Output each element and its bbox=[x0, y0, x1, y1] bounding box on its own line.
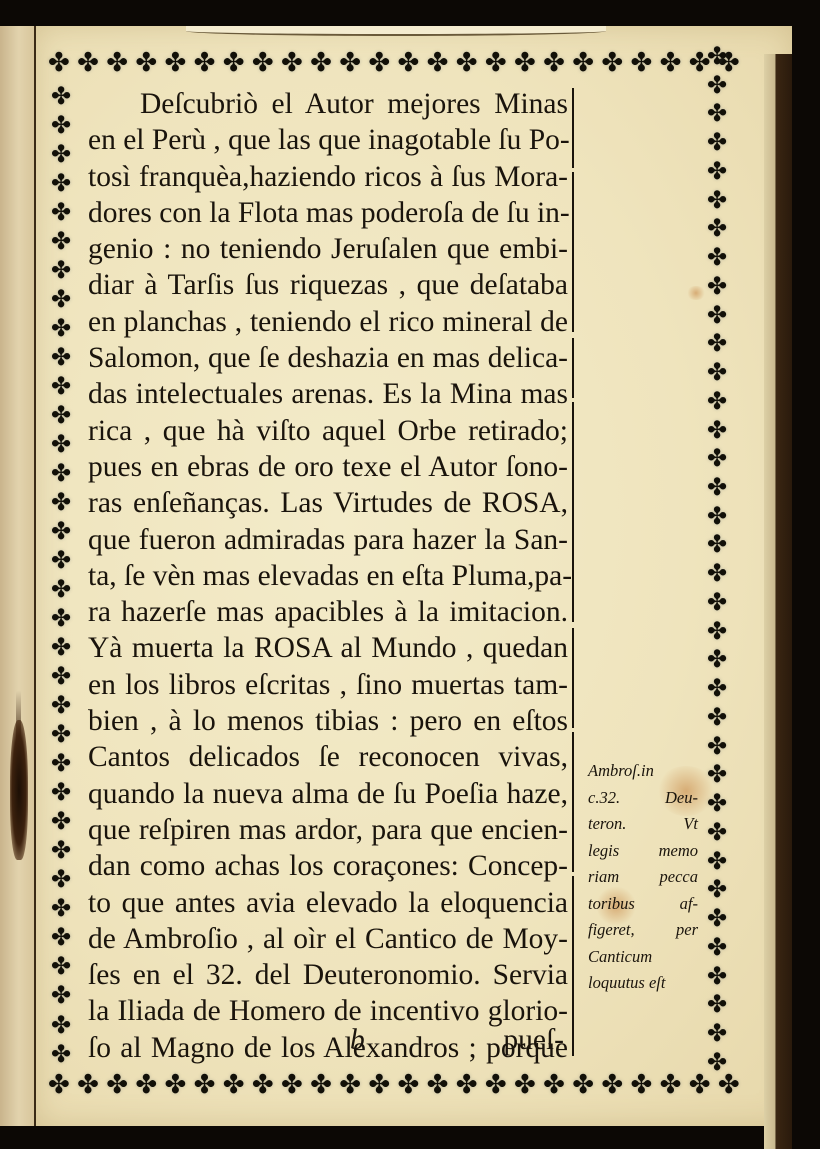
column-rule bbox=[572, 172, 574, 332]
ornament-icon: ✤ bbox=[51, 113, 71, 137]
ornament-icon: ✤ bbox=[106, 48, 126, 78]
ornament-icon: ✤ bbox=[51, 693, 71, 717]
ornament-icon: ✤ bbox=[48, 48, 68, 78]
column-rule bbox=[572, 88, 574, 168]
ornament-icon: ✤ bbox=[51, 809, 71, 833]
ornament-icon: ✤ bbox=[707, 532, 727, 556]
ornament-icon: ✤ bbox=[707, 331, 727, 355]
ornament-icon: ✤ bbox=[165, 1070, 185, 1100]
ornament-icon: ✤ bbox=[707, 647, 727, 671]
ornament-icon: ✤ bbox=[572, 1070, 592, 1100]
ornament-icon: ✤ bbox=[339, 48, 359, 78]
scanned-page-image: ✤✤✤✤✤✤✤✤✤✤✤✤✤✤✤✤✤✤✤✤✤✤✤✤ ✤✤✤✤✤✤✤✤✤✤✤✤✤✤✤… bbox=[0, 0, 820, 1149]
margin-note-line: riam pecca bbox=[588, 864, 698, 891]
ornament-icon: ✤ bbox=[223, 1070, 243, 1100]
margin-note-line: loquutus eſt bbox=[588, 970, 698, 997]
text-line: ta, ſe vèn mas elevadas en eſta Pluma,pa… bbox=[88, 558, 568, 594]
margin-note-line: toribus af- bbox=[588, 891, 698, 918]
ornament-icon: ✤ bbox=[51, 374, 71, 398]
ornament-icon: ✤ bbox=[707, 216, 727, 240]
ornament-icon: ✤ bbox=[707, 849, 727, 873]
ornament-icon: ✤ bbox=[223, 48, 243, 78]
page-right-edge bbox=[764, 54, 792, 1149]
text-line: quando la nueva alma de ſu Poeſia haze, bbox=[88, 776, 568, 812]
ornament-icon: ✤ bbox=[310, 48, 330, 78]
text-line: rica , que hà viſto aquel Orbe retirado; bbox=[88, 413, 568, 449]
ornament-icon: ✤ bbox=[51, 519, 71, 543]
ornament-icon: ✤ bbox=[456, 48, 476, 78]
ornament-icon: ✤ bbox=[707, 73, 727, 97]
text-line: diar à Tarſis ſus riquezas , que deſatab… bbox=[88, 267, 568, 303]
ornamental-border-left: ✤✤✤✤✤✤✤✤✤✤✤✤✤✤✤✤✤✤✤✤✤✤✤✤✤✤✤✤✤✤✤✤✤✤ bbox=[46, 84, 76, 1066]
ornament-icon: ✤ bbox=[707, 274, 727, 298]
ornament-icon: ✤ bbox=[310, 1070, 330, 1100]
ornament-icon: ✤ bbox=[427, 48, 447, 78]
ornament-icon: ✤ bbox=[427, 1070, 447, 1100]
ornament-icon: ✤ bbox=[707, 446, 727, 470]
ornament-icon: ✤ bbox=[543, 1070, 563, 1100]
ornament-icon: ✤ bbox=[707, 303, 727, 327]
margin-note-line: figeret, per bbox=[588, 917, 698, 944]
text-line: en el Perù , que las que inagotable ſu P… bbox=[88, 122, 568, 158]
ornament-icon: ✤ bbox=[485, 1070, 505, 1100]
ornament-icon: ✤ bbox=[707, 734, 727, 758]
text-line: tosì franquèa,haziendo ricos à ſus Mora- bbox=[88, 159, 568, 195]
ornament-icon: ✤ bbox=[707, 820, 727, 844]
ornament-icon: ✤ bbox=[707, 964, 727, 988]
column-rule bbox=[572, 338, 574, 398]
ornament-icon: ✤ bbox=[601, 48, 621, 78]
ornament-icon: ✤ bbox=[368, 1070, 388, 1100]
column-rule bbox=[572, 628, 574, 728]
ink-stain-blot bbox=[10, 720, 28, 860]
ornament-icon: ✤ bbox=[51, 345, 71, 369]
ornament-icon: ✤ bbox=[51, 1013, 71, 1037]
column-rule bbox=[572, 402, 574, 622]
text-line: que reſpiren mas ardor, para que encien- bbox=[88, 812, 568, 848]
ornament-icon: ✤ bbox=[707, 44, 727, 68]
ornament-icon: ✤ bbox=[51, 635, 71, 659]
ornament-icon: ✤ bbox=[707, 159, 727, 183]
ornament-icon: ✤ bbox=[51, 200, 71, 224]
ornament-icon: ✤ bbox=[631, 48, 651, 78]
column-rule bbox=[572, 732, 574, 872]
page-footer: b pueſ- bbox=[88, 1024, 568, 1060]
text-line: en los libros eſcritas , ſino muertas ta… bbox=[88, 667, 568, 703]
ornament-icon: ✤ bbox=[572, 48, 592, 78]
ornament-icon: ✤ bbox=[252, 1070, 272, 1100]
ornament-icon: ✤ bbox=[339, 1070, 359, 1100]
previous-page-edge bbox=[0, 26, 36, 1126]
ornament-icon: ✤ bbox=[707, 475, 727, 499]
ornamental-border-bottom: ✤✤✤✤✤✤✤✤✤✤✤✤✤✤✤✤✤✤✤✤✤✤✤✤ bbox=[48, 1070, 738, 1100]
text-line: de Ambroſio , al oìr el Cantico de Moy- bbox=[88, 921, 568, 957]
ornament-icon: ✤ bbox=[51, 461, 71, 485]
ornament-icon: ✤ bbox=[135, 1070, 155, 1100]
text-line: Yà muerta la ROSA al Mundo , quedan bbox=[88, 630, 568, 666]
ornament-icon: ✤ bbox=[660, 1070, 680, 1100]
text-line: en planchas , teniendo el rico mineral d… bbox=[88, 304, 568, 340]
ornament-icon: ✤ bbox=[51, 925, 71, 949]
ornament-icon: ✤ bbox=[707, 188, 727, 212]
ornament-icon: ✤ bbox=[51, 954, 71, 978]
ornament-icon: ✤ bbox=[543, 48, 563, 78]
ornament-icon: ✤ bbox=[51, 664, 71, 688]
ornament-icon: ✤ bbox=[51, 1042, 71, 1066]
text-line: ra hazerſe mas apacibles à la imitacion. bbox=[88, 594, 568, 630]
text-line: genio : no teniendo Jeruſalen que embi- bbox=[88, 231, 568, 267]
ornament-icon: ✤ bbox=[51, 780, 71, 804]
ornament-icon: ✤ bbox=[51, 316, 71, 340]
ornament-icon: ✤ bbox=[51, 229, 71, 253]
ornament-icon: ✤ bbox=[707, 130, 727, 154]
ornament-icon: ✤ bbox=[135, 48, 155, 78]
ornament-icon: ✤ bbox=[51, 287, 71, 311]
ornament-icon: ✤ bbox=[707, 877, 727, 901]
ornament-icon: ✤ bbox=[707, 101, 727, 125]
ornament-icon: ✤ bbox=[51, 867, 71, 891]
page-curl bbox=[186, 26, 606, 36]
ornament-icon: ✤ bbox=[707, 906, 727, 930]
ornament-icon: ✤ bbox=[689, 1070, 709, 1100]
ornament-icon: ✤ bbox=[660, 48, 680, 78]
ornament-icon: ✤ bbox=[707, 245, 727, 269]
ornament-icon: ✤ bbox=[281, 48, 301, 78]
ornament-icon: ✤ bbox=[514, 1070, 534, 1100]
ornament-icon: ✤ bbox=[707, 992, 727, 1016]
ornament-icon: ✤ bbox=[106, 1070, 126, 1100]
ornament-icon: ✤ bbox=[51, 983, 71, 1007]
ornament-icon: ✤ bbox=[707, 935, 727, 959]
ornament-icon: ✤ bbox=[165, 48, 185, 78]
ornament-icon: ✤ bbox=[51, 258, 71, 282]
text-line: pues en ebras de oro texe el Autor ſono- bbox=[88, 449, 568, 485]
margin-note-line: c.32. Deu- bbox=[588, 785, 698, 812]
ornament-icon: ✤ bbox=[51, 548, 71, 572]
ornament-icon: ✤ bbox=[51, 577, 71, 601]
text-line: ras enſeñanças. Las Virtudes de ROSA, bbox=[88, 485, 568, 521]
ornament-icon: ✤ bbox=[51, 838, 71, 862]
ornament-icon: ✤ bbox=[51, 896, 71, 920]
ornament-icon: ✤ bbox=[707, 1021, 727, 1045]
ornament-icon: ✤ bbox=[51, 403, 71, 427]
ornament-icon: ✤ bbox=[281, 1070, 301, 1100]
text-line: to que antes avia elevado la eloquencia bbox=[88, 885, 568, 921]
column-rule bbox=[572, 876, 574, 1056]
text-line: Salomon, que ſe deshazia en mas delica- bbox=[88, 340, 568, 376]
ornament-icon: ✤ bbox=[707, 676, 727, 700]
ornament-icon: ✤ bbox=[456, 1070, 476, 1100]
ornament-icon: ✤ bbox=[368, 48, 388, 78]
ornament-icon: ✤ bbox=[707, 360, 727, 384]
ornament-icon: ✤ bbox=[48, 1070, 68, 1100]
marginal-note: Ambroſ.inc.32. Deu-teron. Vtlegis memori… bbox=[588, 758, 698, 997]
margin-note-line: Ambroſ.in bbox=[588, 758, 698, 785]
text-line: que fueron admiradas para hazer la San- bbox=[88, 522, 568, 558]
ornament-icon: ✤ bbox=[707, 619, 727, 643]
ornament-icon: ✤ bbox=[707, 561, 727, 585]
text-line: ſes en el 32. del Deuteronomio. Servia bbox=[88, 957, 568, 993]
ornament-icon: ✤ bbox=[51, 606, 71, 630]
ornament-icon: ✤ bbox=[707, 705, 727, 729]
ornamental-border-right: ✤✤✤✤✤✤✤✤✤✤✤✤✤✤✤✤✤✤✤✤✤✤✤✤✤✤✤✤✤✤✤✤✤✤✤✤ bbox=[702, 44, 732, 1074]
ornament-icon: ✤ bbox=[601, 1070, 621, 1100]
ornament-icon: ✤ bbox=[51, 84, 71, 108]
text-line: das intelectuales arenas. Es la Mina mas bbox=[88, 376, 568, 412]
text-line: dan como achas los coraçones: Concep- bbox=[88, 848, 568, 884]
ornament-icon: ✤ bbox=[631, 1070, 651, 1100]
ornament-icon: ✤ bbox=[707, 590, 727, 614]
ornament-icon: ✤ bbox=[51, 751, 71, 775]
ornament-icon: ✤ bbox=[398, 1070, 418, 1100]
ornament-icon: ✤ bbox=[77, 48, 97, 78]
ornament-icon: ✤ bbox=[707, 791, 727, 815]
ornament-icon: ✤ bbox=[252, 48, 272, 78]
margin-note-line: teron. Vt bbox=[588, 811, 698, 838]
ornament-icon: ✤ bbox=[51, 171, 71, 195]
ornament-icon: ✤ bbox=[51, 142, 71, 166]
margin-note-line: legis memo bbox=[588, 838, 698, 865]
margin-note-line: Canticum bbox=[588, 944, 698, 971]
ornament-icon: ✤ bbox=[51, 432, 71, 456]
ornament-icon: ✤ bbox=[194, 1070, 214, 1100]
text-line: Deſcubriò el Autor mejores Minas bbox=[88, 86, 568, 122]
text-line: dores con la Flota mas poderoſa de ſu in… bbox=[88, 195, 568, 231]
ornament-icon: ✤ bbox=[707, 1050, 727, 1074]
ornament-icon: ✤ bbox=[77, 1070, 97, 1100]
body-text: Deſcubriò el Autor mejores Minasen el Pe… bbox=[88, 86, 568, 1066]
ornament-icon: ✤ bbox=[707, 504, 727, 528]
ornament-icon: ✤ bbox=[51, 490, 71, 514]
ornament-icon: ✤ bbox=[194, 48, 214, 78]
ornament-icon: ✤ bbox=[51, 722, 71, 746]
ornament-icon: ✤ bbox=[707, 418, 727, 442]
ornament-icon: ✤ bbox=[707, 762, 727, 786]
text-line: Cantos delicados ſe reconocen vivas, bbox=[88, 739, 568, 775]
ornament-icon: ✤ bbox=[485, 48, 505, 78]
signature-mark: b bbox=[350, 1024, 365, 1057]
text-line: bien , à lo menos tibias : pero en eſtos bbox=[88, 703, 568, 739]
ornament-icon: ✤ bbox=[514, 48, 534, 78]
ornament-icon: ✤ bbox=[398, 48, 418, 78]
ornamental-border-top: ✤✤✤✤✤✤✤✤✤✤✤✤✤✤✤✤✤✤✤✤✤✤✤✤ bbox=[48, 48, 738, 78]
catchword: pueſ- bbox=[503, 1024, 564, 1057]
ornament-icon: ✤ bbox=[707, 389, 727, 413]
